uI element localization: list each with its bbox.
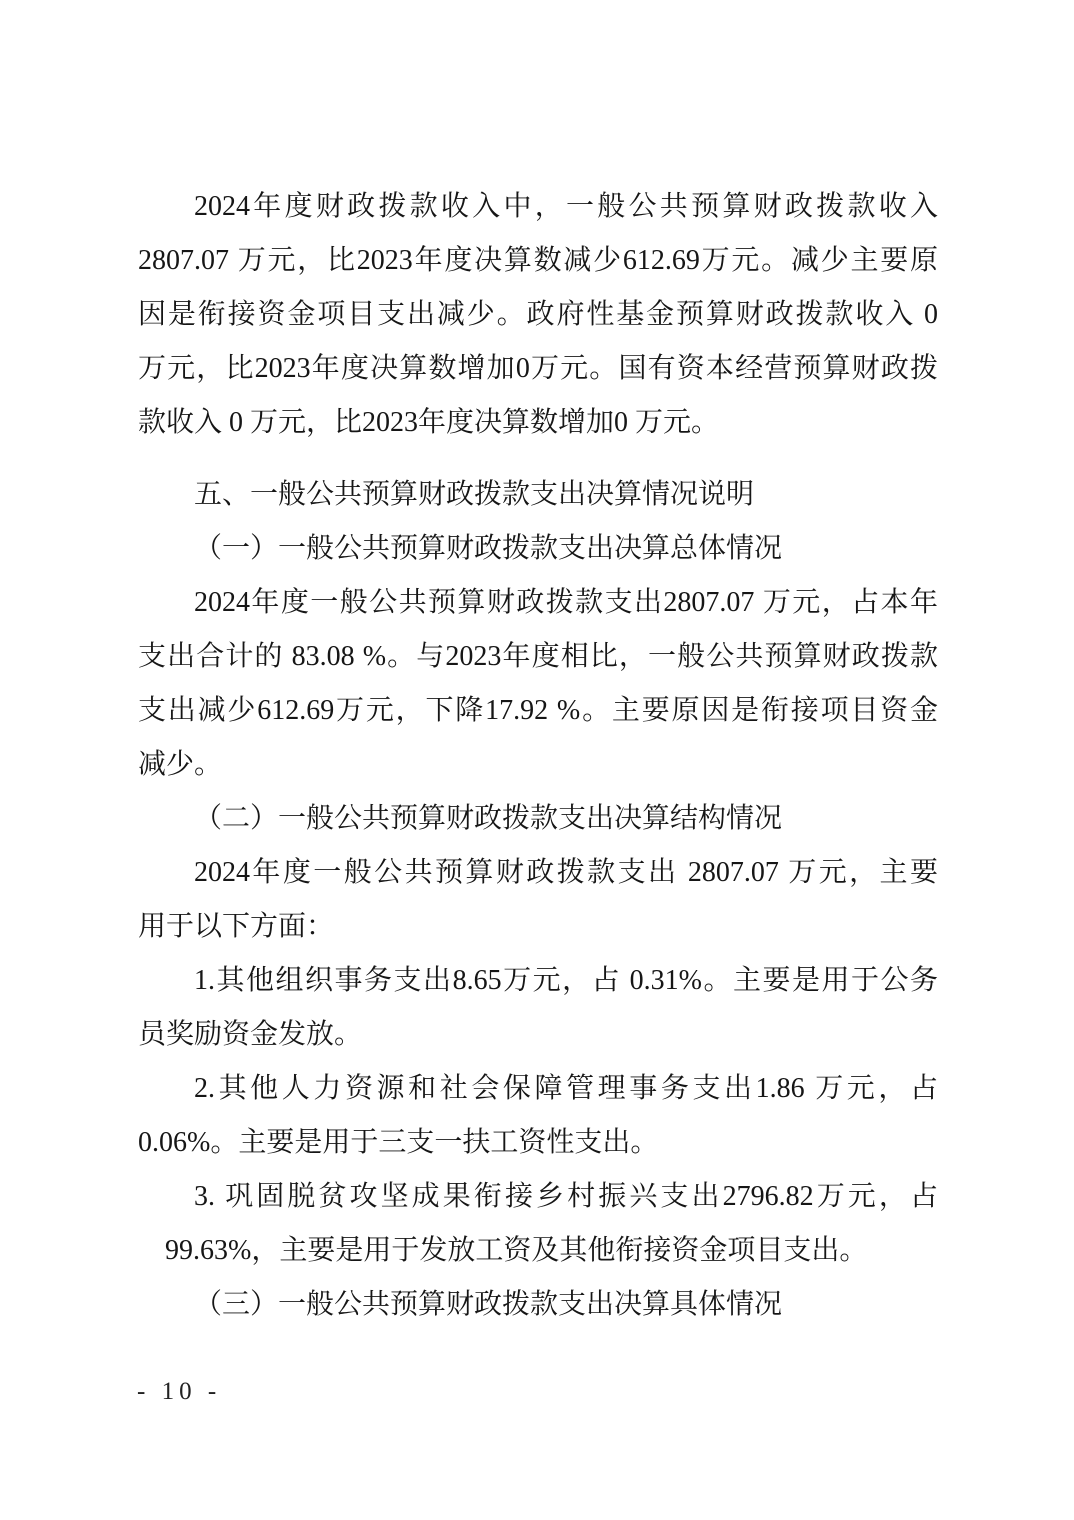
- heading-sub-two-structure: （二）一般公共预算财政拨款支出决算结构情况: [138, 792, 938, 846]
- text-line: 万元，比2023年度决算数增加0万元。国有资本经营预算财政拨: [138, 342, 938, 396]
- para-expenditure-structure-intro: 2024年度一般公共预算财政拨款支出 2807.07 万元，主要用于以下方面：: [138, 846, 938, 954]
- heading-line: （二）一般公共预算财政拨款支出决算结构情况: [138, 792, 938, 846]
- para-item-3-rural-revitalization: 3. 巩固脱贫攻坚成果衔接乡村振兴支出2796.82万元，占99.63%，主要是…: [138, 1170, 938, 1278]
- text-line: 2024年度财政拨款收入中，一般公共预算财政拨款收入: [138, 180, 938, 234]
- text-line: 减少。: [138, 738, 938, 792]
- document-page: 2024年度财政拨款收入中，一般公共预算财政拨款收入2807.07 万元，比20…: [0, 0, 1074, 1520]
- text-line: 2.其他人力资源和社会保障管理事务支出1.86 万元，占: [138, 1062, 938, 1116]
- para-fiscal-appropriation-income: 2024年度财政拨款收入中，一般公共预算财政拨款收入2807.07 万元，比20…: [138, 180, 938, 450]
- heading-sub-one-overall: （一）一般公共预算财政拨款支出决算总体情况: [138, 522, 938, 576]
- document-body: 2024年度财政拨款收入中，一般公共预算财政拨款收入2807.07 万元，比20…: [138, 180, 938, 1332]
- page-number: - 10 -: [137, 1376, 221, 1408]
- text-line: 支出减少612.69万元，下降17.92 %。主要原因是衔接项目资金: [138, 684, 938, 738]
- para-expenditure-overall: 2024年度一般公共预算财政拨款支出2807.07 万元，占本年支出合计的 83…: [138, 576, 938, 792]
- text-line: 3. 巩固脱贫攻坚成果衔接乡村振兴支出2796.82万元，占: [138, 1170, 938, 1224]
- para-item-2-hr-social-security: 2.其他人力资源和社会保障管理事务支出1.86 万元，占0.06%。主要是用于三…: [138, 1062, 938, 1170]
- heading-line: （一）一般公共预算财政拨款支出决算总体情况: [138, 522, 938, 576]
- heading-line: （三）一般公共预算财政拨款支出决算具体情况: [138, 1278, 938, 1332]
- text-line: 员奖励资金发放。: [138, 1008, 938, 1062]
- text-line: 因是衔接资金项目支出减少。政府性基金预算财政拨款收入 0: [138, 288, 938, 342]
- text-line: 2024年度一般公共预算财政拨款支出 2807.07 万元，主要: [138, 846, 938, 900]
- text-line: 2807.07 万元，比2023年度决算数减少612.69万元。减少主要原: [138, 234, 938, 288]
- para-item-1-other-org-affairs: 1.其他组织事务支出8.65万元，占 0.31%。主要是用于公务员奖励资金发放。: [138, 954, 938, 1062]
- heading-line: 五、一般公共预算财政拨款支出决算情况说明: [138, 468, 938, 522]
- text-line: 99.63%，主要是用于发放工资及其他衔接资金项目支出。: [138, 1224, 938, 1278]
- text-line: 款收入 0 万元，比2023年度决算数增加0 万元。: [138, 396, 938, 450]
- text-line: 用于以下方面：: [138, 900, 938, 954]
- heading-sub-three-specific: （三）一般公共预算财政拨款支出决算具体情况: [138, 1278, 938, 1332]
- text-line: 支出合计的 83.08 %。与2023年度相比，一般公共预算财政拨款: [138, 630, 938, 684]
- text-line: 2024年度一般公共预算财政拨款支出2807.07 万元，占本年: [138, 576, 938, 630]
- text-line: 1.其他组织事务支出8.65万元，占 0.31%。主要是用于公务: [138, 954, 938, 1008]
- text-line: 0.06%。主要是用于三支一扶工资性支出。: [138, 1116, 938, 1170]
- heading-section-five: 五、一般公共预算财政拨款支出决算情况说明: [138, 468, 938, 522]
